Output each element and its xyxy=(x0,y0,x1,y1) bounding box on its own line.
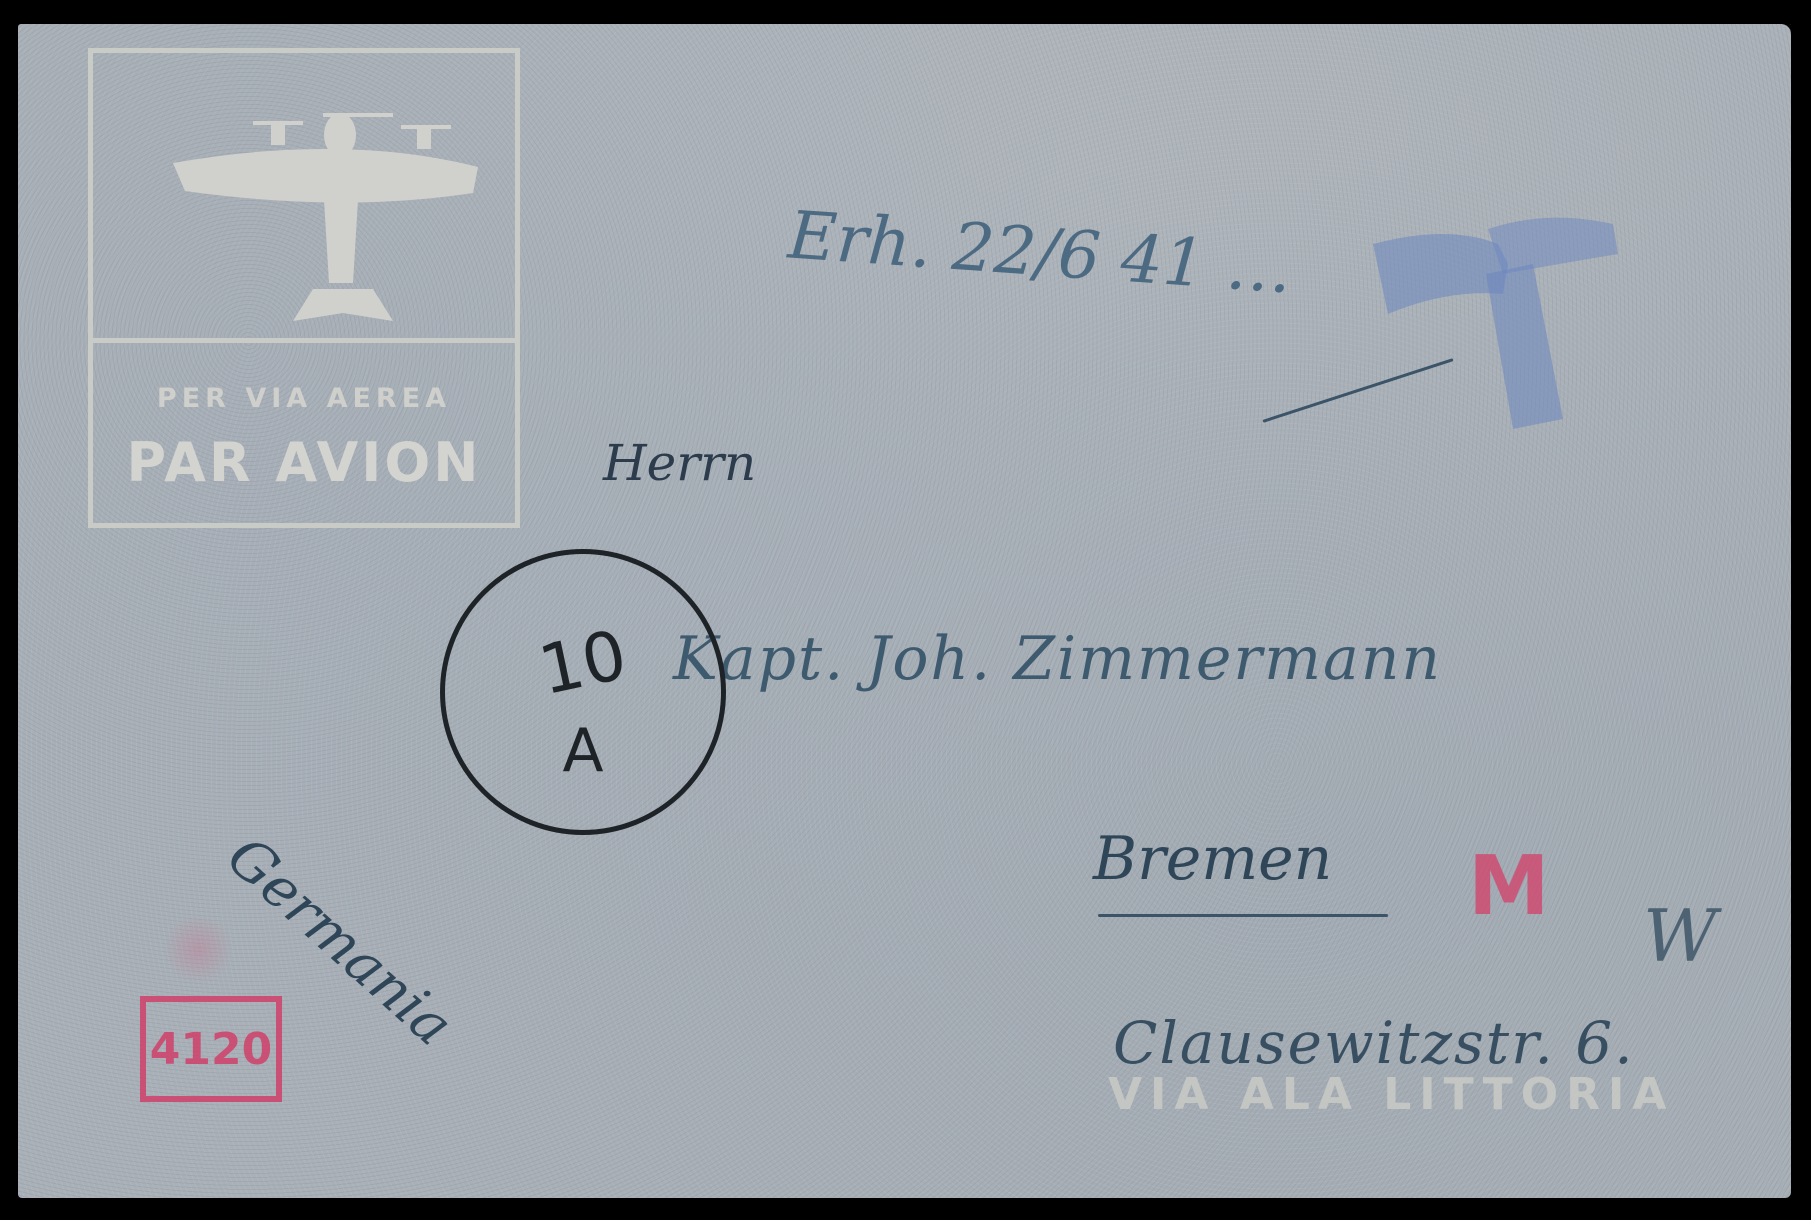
recipient-city: Bremen xyxy=(1093,824,1332,894)
handwritten-w-mark: W xyxy=(1643,894,1717,978)
red-m-mark: M xyxy=(1468,839,1550,934)
airmail-label-divider xyxy=(93,338,515,343)
city-underline xyxy=(1098,914,1388,917)
recipient-street: Clausewitzstr. 6. xyxy=(1113,1009,1635,1077)
airmail-envelope: PER VIA AEREA PAR AVION VIA ALA LITTORIA… xyxy=(18,24,1791,1198)
recipient-name: Kapt. Joh. Zimmermann xyxy=(673,624,1442,694)
postmark-number: 10 xyxy=(440,596,726,731)
per-via-aerea-text: PER VIA AEREA xyxy=(93,383,515,414)
circular-postmark: 10 A xyxy=(440,549,726,835)
censor-number-box: 4120 xyxy=(140,996,282,1102)
salutation: Herrn xyxy=(603,434,756,492)
tax-mark-t xyxy=(1368,204,1618,434)
faint-red-mark xyxy=(163,914,233,984)
postmark-letter: A xyxy=(445,716,721,786)
par-avion-text: PAR AVION xyxy=(93,431,515,494)
plane-icon xyxy=(143,93,483,323)
airmail-label-box: PER VIA AEREA PAR AVION xyxy=(88,48,520,528)
